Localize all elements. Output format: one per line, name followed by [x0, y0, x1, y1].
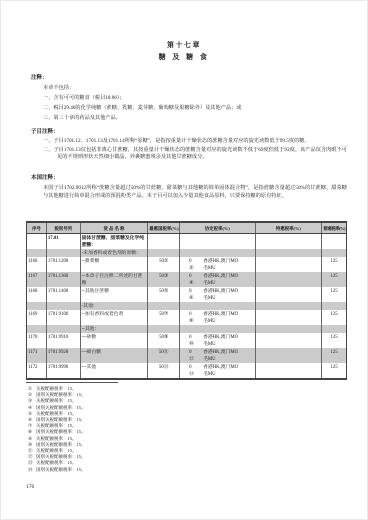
footnote-text: 关税配额税率：15。: [36, 460, 77, 465]
cell-mfn-rate: [148, 325, 180, 333]
cell-code: 1701.9100: [47, 310, 81, 325]
footnotes-list: ①关税配额税率：15。②国别关税配额税率：15。③关税配额税率：15。④国别关税…: [28, 386, 347, 473]
agreement-entry: ④毛MU: [180, 280, 255, 287]
cell-name: --其他：: [81, 325, 149, 333]
cell-name: -未加香料或着色剂的原糖：: [81, 249, 149, 257]
agreement-rate-value: 0: [180, 364, 203, 371]
cell-mfn-rate: [148, 234, 180, 249]
cell-mfn-rate: [148, 302, 180, 310]
cell-general-rate: [322, 325, 346, 333]
cell-preferential-rate: [256, 325, 323, 333]
agreement-entry: ⑩毛MU: [180, 341, 255, 348]
footnote-text: 关税配额税率：15。: [36, 386, 77, 391]
footnote-text: 国别关税配额税率：15。: [36, 467, 86, 472]
cell-agreement-rate: [180, 249, 256, 257]
footnote-text: 关税配额税率：15。: [36, 411, 77, 416]
cell-general-rate: [322, 302, 346, 310]
cell-agreement-rate: 0香港HK,澳门MO⑫毛MU: [180, 348, 256, 363]
note-item: 一、含有可可的糖食（税目18.06）；: [43, 93, 347, 103]
footnote-text: 国别关税配额税率：15。: [36, 442, 86, 447]
cell-code: 1701.1200: [47, 257, 81, 272]
cell-general-rate: 125: [322, 257, 346, 272]
notes-list: 一、含有可可的糖食（税目18.06）；二、税目29.40的化学纯糖（蔗糖、乳糖、…: [43, 93, 347, 123]
agreement-entry: 0香港HK,澳门MO: [180, 258, 255, 265]
agreement-partner: 香港HK,澳门MO: [203, 258, 255, 265]
cell-general-rate: 125: [322, 310, 346, 325]
cell-mfn-rate: [148, 249, 180, 257]
cell-seq: 1172: [27, 363, 47, 378]
cell-name: 固体甘蔗糖、甜菜糖及化学纯蔗糖：: [81, 234, 149, 249]
column-header: 序号: [27, 223, 47, 233]
agreement-partner: 香港HK,澳门MO: [203, 273, 255, 280]
agreement-entry: ⑥毛MU: [180, 295, 255, 302]
agreement-entry: ⑭毛MU: [180, 371, 255, 378]
cell-name: ---砂糖: [81, 333, 149, 348]
cell-preferential-rate: [256, 234, 323, 249]
agreement-partner: 毛MU: [203, 295, 255, 302]
column-header: 最惠国税率(%): [148, 223, 180, 233]
footnote-text: 关税配额税率：15。: [36, 448, 77, 453]
cell-general-rate: 125: [322, 287, 346, 302]
cell-name: --其他甘蔗糖: [81, 287, 149, 302]
column-header: 协定税率(%): [180, 223, 256, 233]
subheading-note-item: 一、子目1701.12、1701.13及1701.14所称“原糖”，是指按重量计…: [43, 138, 347, 146]
footnote-separator: [26, 382, 118, 383]
national-notes-heading: 本国注释：: [31, 174, 347, 183]
cell-code: [47, 249, 81, 257]
cell-agreement-rate: 0香港HK,澳门MO⑥毛MU: [180, 287, 256, 302]
cell-agreement-rate: 0香港HK,澳门MO⑩毛MU: [180, 333, 256, 348]
cell-code: [47, 302, 81, 310]
cell-seq: [27, 325, 47, 333]
cell-general-rate: 125: [322, 363, 346, 378]
cell-mfn-rate: 50⑨: [148, 333, 180, 348]
cell-preferential-rate: [256, 302, 323, 310]
column-header: 普通税率(%): [322, 223, 346, 233]
table-row: --其他：: [27, 325, 346, 333]
agreement-entry: 0香港HK,澳门MO: [180, 273, 255, 280]
cell-name: ---绵白糖: [81, 348, 149, 363]
agreement-partner: 香港HK,澳门MO: [203, 364, 255, 371]
cell-name: --本章子目注释二所述的甘蔗糖: [81, 272, 149, 287]
notes-intro: 本章不包括：: [43, 83, 347, 93]
cell-preferential-rate: [256, 257, 323, 272]
footnote-text: 国别关税配额税率：15。: [36, 454, 86, 459]
agreement-entry: ⑫毛MU: [180, 356, 255, 363]
cell-mfn-rate: 50⑬: [148, 363, 180, 378]
agreement-rate-value: 0: [180, 273, 203, 280]
document-page: 第十七章 糖 及 糖 食 注释： 本章不包括： 一、含有可可的糖食（税目18.0…: [0, 0, 368, 520]
agreement-rate-value: 0: [180, 311, 203, 318]
cell-preferential-rate: [256, 249, 323, 257]
cell-code: 1701.9990: [47, 363, 81, 378]
cell-general-rate: 125: [322, 348, 346, 363]
cell-code: 1701.1400: [47, 287, 81, 302]
column-header: 税则号列: [47, 223, 81, 233]
cell-mfn-rate: 50⑪: [148, 348, 180, 363]
cell-seq: [27, 234, 47, 249]
table-row: 11691701.9100--加有香料或着色剂50⑦0香港HK,澳门MO⑧毛MU…: [27, 310, 346, 325]
agreement-rate-value: ⑩: [180, 341, 203, 348]
table-row: 11671701.1300--本章子目注释二所述的甘蔗糖50③0香港HK,澳门M…: [27, 272, 346, 287]
cell-code: 17.01: [47, 234, 81, 249]
cell-agreement-rate: 0香港HK,澳门MO④毛MU: [180, 272, 256, 287]
table-row: 11721701.9990---其他50⑬0香港HK,澳门MO⑭毛MU125: [27, 363, 346, 378]
footnote-text: 国别关税配额税率：15。: [36, 429, 86, 434]
cell-agreement-rate: [180, 325, 256, 333]
chapter-title: 第十七章: [1, 40, 367, 50]
footnote-text: 国别关税配额税率：15。: [36, 392, 86, 397]
cell-agreement-rate: [180, 302, 256, 310]
chapter-subtitle: 糖 及 糖 食: [1, 52, 367, 62]
agreement-entry: 0香港HK,澳门MO: [180, 349, 255, 356]
cell-name: --加有香料或着色剂: [81, 310, 149, 325]
footnote-text: 关税配额税率：15。: [36, 423, 77, 428]
table-header-row: 序号税则号列货 品 名 称最惠国税率(%)协定税率(%)特惠税率(%)普通税率(…: [27, 223, 346, 234]
subheading-note-item: 二、子目1701.13仅包括非离心甘蔗糖，其按重量计干燥状态的蔗糖含量对应的旋光…: [43, 147, 347, 162]
agreement-partner: 毛MU: [203, 318, 255, 325]
footnote-text: 国别关税配额税率：15。: [36, 405, 86, 410]
cell-seq: 1171: [27, 348, 47, 363]
column-header: 特惠税率(%): [256, 223, 323, 233]
national-notes-section: 本国注释： 本国子目1702.9012所称“蔗糖含量超过50%的甘蔗糖、甜菜糖与…: [31, 174, 347, 200]
note-item: 三、第三十章的药品及其他产品。: [43, 113, 347, 123]
subheading-notes-list: 一、子目1701.12、1701.13及1701.14所称“原糖”，是指按重量计…: [31, 138, 347, 162]
footnote: ⑭国别关税配额税率：15。: [28, 467, 347, 473]
agreement-partner: 毛MU: [203, 371, 255, 378]
agreement-rate-value: ⑭: [180, 371, 203, 378]
cell-preferential-rate: [256, 363, 323, 378]
agreement-entry: 0香港HK,澳门MO: [180, 311, 255, 318]
agreement-rate-value: 0: [180, 334, 203, 341]
note-item: 二、税目29.40的化学纯糖（蔗糖、乳糖、麦芽糖、葡萄糖及果糖除外）及其他产品；…: [43, 103, 347, 113]
cell-agreement-rate: 0香港HK,澳门MO②毛MU: [180, 257, 256, 272]
cell-code: [47, 325, 81, 333]
agreement-partner: 香港HK,澳门MO: [203, 334, 255, 341]
footnote-text: 关税配额税率：15。: [36, 398, 77, 403]
cell-general-rate: 125: [322, 333, 346, 348]
cell-general-rate: [322, 249, 346, 257]
cell-preferential-rate: [256, 348, 323, 363]
table-row: 11701701.9910---砂糖50⑨0香港HK,澳门MO⑩毛MU125: [27, 333, 346, 348]
cell-code: 1701.1300: [47, 272, 81, 287]
agreement-partner: 毛MU: [203, 356, 255, 363]
cell-mfn-rate: 50③: [148, 272, 180, 287]
cell-mfn-rate: 50⑦: [148, 310, 180, 325]
cell-code: 1701.9920: [47, 348, 81, 363]
table-row: 11681701.1400--其他甘蔗糖50⑤0香港HK,澳门MO⑥毛MU125: [27, 287, 346, 302]
cell-seq: 1168: [27, 287, 47, 302]
table-row: 11711701.9920---绵白糖50⑪0香港HK,澳门MO⑫毛MU125: [27, 348, 346, 363]
cell-seq: 1166: [27, 257, 47, 272]
notes-section: 注释： 本章不包括： 一、含有可可的糖食（税目18.06）；二、税目29.40的…: [31, 74, 347, 123]
cell-general-rate: [322, 234, 346, 249]
footnote-text: 关税配额税率：15。: [36, 436, 77, 441]
table-row: -其他：: [27, 302, 346, 310]
page-number: 176: [26, 484, 34, 490]
tariff-table: 序号税则号列货 品 名 称最惠国税率(%)协定税率(%)特惠税率(%)普通税率(…: [26, 221, 347, 380]
agreement-entry: ⑧毛MU: [180, 318, 255, 325]
column-header: 货 品 名 称: [81, 223, 149, 233]
national-notes-body: 本国子目1702.9012所称“蔗糖含量超过50%的甘蔗糖、甜菜糖与其他糖的简单…: [43, 185, 347, 200]
agreement-rate-value: ②: [180, 265, 203, 272]
cell-mfn-rate: 50①: [148, 257, 180, 272]
agreement-rate-value: ⑧: [180, 318, 203, 325]
cell-agreement-rate: 0香港HK,澳门MO⑭毛MU: [180, 363, 256, 378]
agreement-entry: 0香港HK,澳门MO: [180, 334, 255, 341]
agreement-entry: ②毛MU: [180, 265, 255, 272]
cell-seq: 1167: [27, 272, 47, 287]
cell-seq: [27, 249, 47, 257]
cell-name: -其他：: [81, 302, 149, 310]
agreement-partner: 毛MU: [203, 280, 255, 287]
agreement-rate-value: ⑫: [180, 356, 203, 363]
subheading-notes-section: 子目注释： 一、子目1701.12、1701.13及1701.14所称“原糖”，…: [31, 128, 347, 163]
agreement-entry: 0香港HK,澳门MO: [180, 364, 255, 371]
table-row: 11661701.1200--甜菜糖50①0香港HK,澳门MO②毛MU125: [27, 257, 346, 272]
cell-seq: 1170: [27, 333, 47, 348]
cell-name: ---其他: [81, 363, 149, 378]
cell-preferential-rate: [256, 333, 323, 348]
footnote-text: 国别关税配额税率：15。: [36, 417, 86, 422]
table-row: -未加香料或着色剂的原糖：: [27, 249, 346, 257]
table-row: 17.01固体甘蔗糖、甜菜糖及化学纯蔗糖：: [27, 234, 346, 249]
cell-seq: [27, 302, 47, 310]
cell-agreement-rate: [180, 234, 256, 249]
agreement-entry: 0香港HK,澳门MO: [180, 288, 255, 295]
cell-agreement-rate: 0香港HK,澳门MO⑧毛MU: [180, 310, 256, 325]
cell-general-rate: 125: [322, 272, 346, 287]
cell-preferential-rate: [256, 272, 323, 287]
cell-preferential-rate: [256, 287, 323, 302]
agreement-partner: 毛MU: [203, 265, 255, 272]
agreement-rate-value: 0: [180, 288, 203, 295]
cell-mfn-rate: 50⑤: [148, 287, 180, 302]
agreement-rate-value: ⑥: [180, 295, 203, 302]
cell-name: --甜菜糖: [81, 257, 149, 272]
agreement-partner: 香港HK,澳门MO: [203, 349, 255, 356]
agreement-rate-value: ④: [180, 280, 203, 287]
cell-seq: 1169: [27, 310, 47, 325]
agreement-rate-value: 0: [180, 349, 203, 356]
agreement-partner: 香港HK,澳门MO: [203, 311, 255, 318]
cell-code: 1701.9910: [47, 333, 81, 348]
notes-heading: 注释：: [31, 74, 347, 83]
cell-preferential-rate: [256, 310, 323, 325]
agreement-partner: 香港HK,澳门MO: [203, 288, 255, 295]
agreement-partner: 毛MU: [203, 341, 255, 348]
agreement-rate-value: 0: [180, 258, 203, 265]
footnote-mark: ⑭: [28, 467, 36, 473]
subheading-notes-heading: 子目注释：: [31, 128, 347, 137]
